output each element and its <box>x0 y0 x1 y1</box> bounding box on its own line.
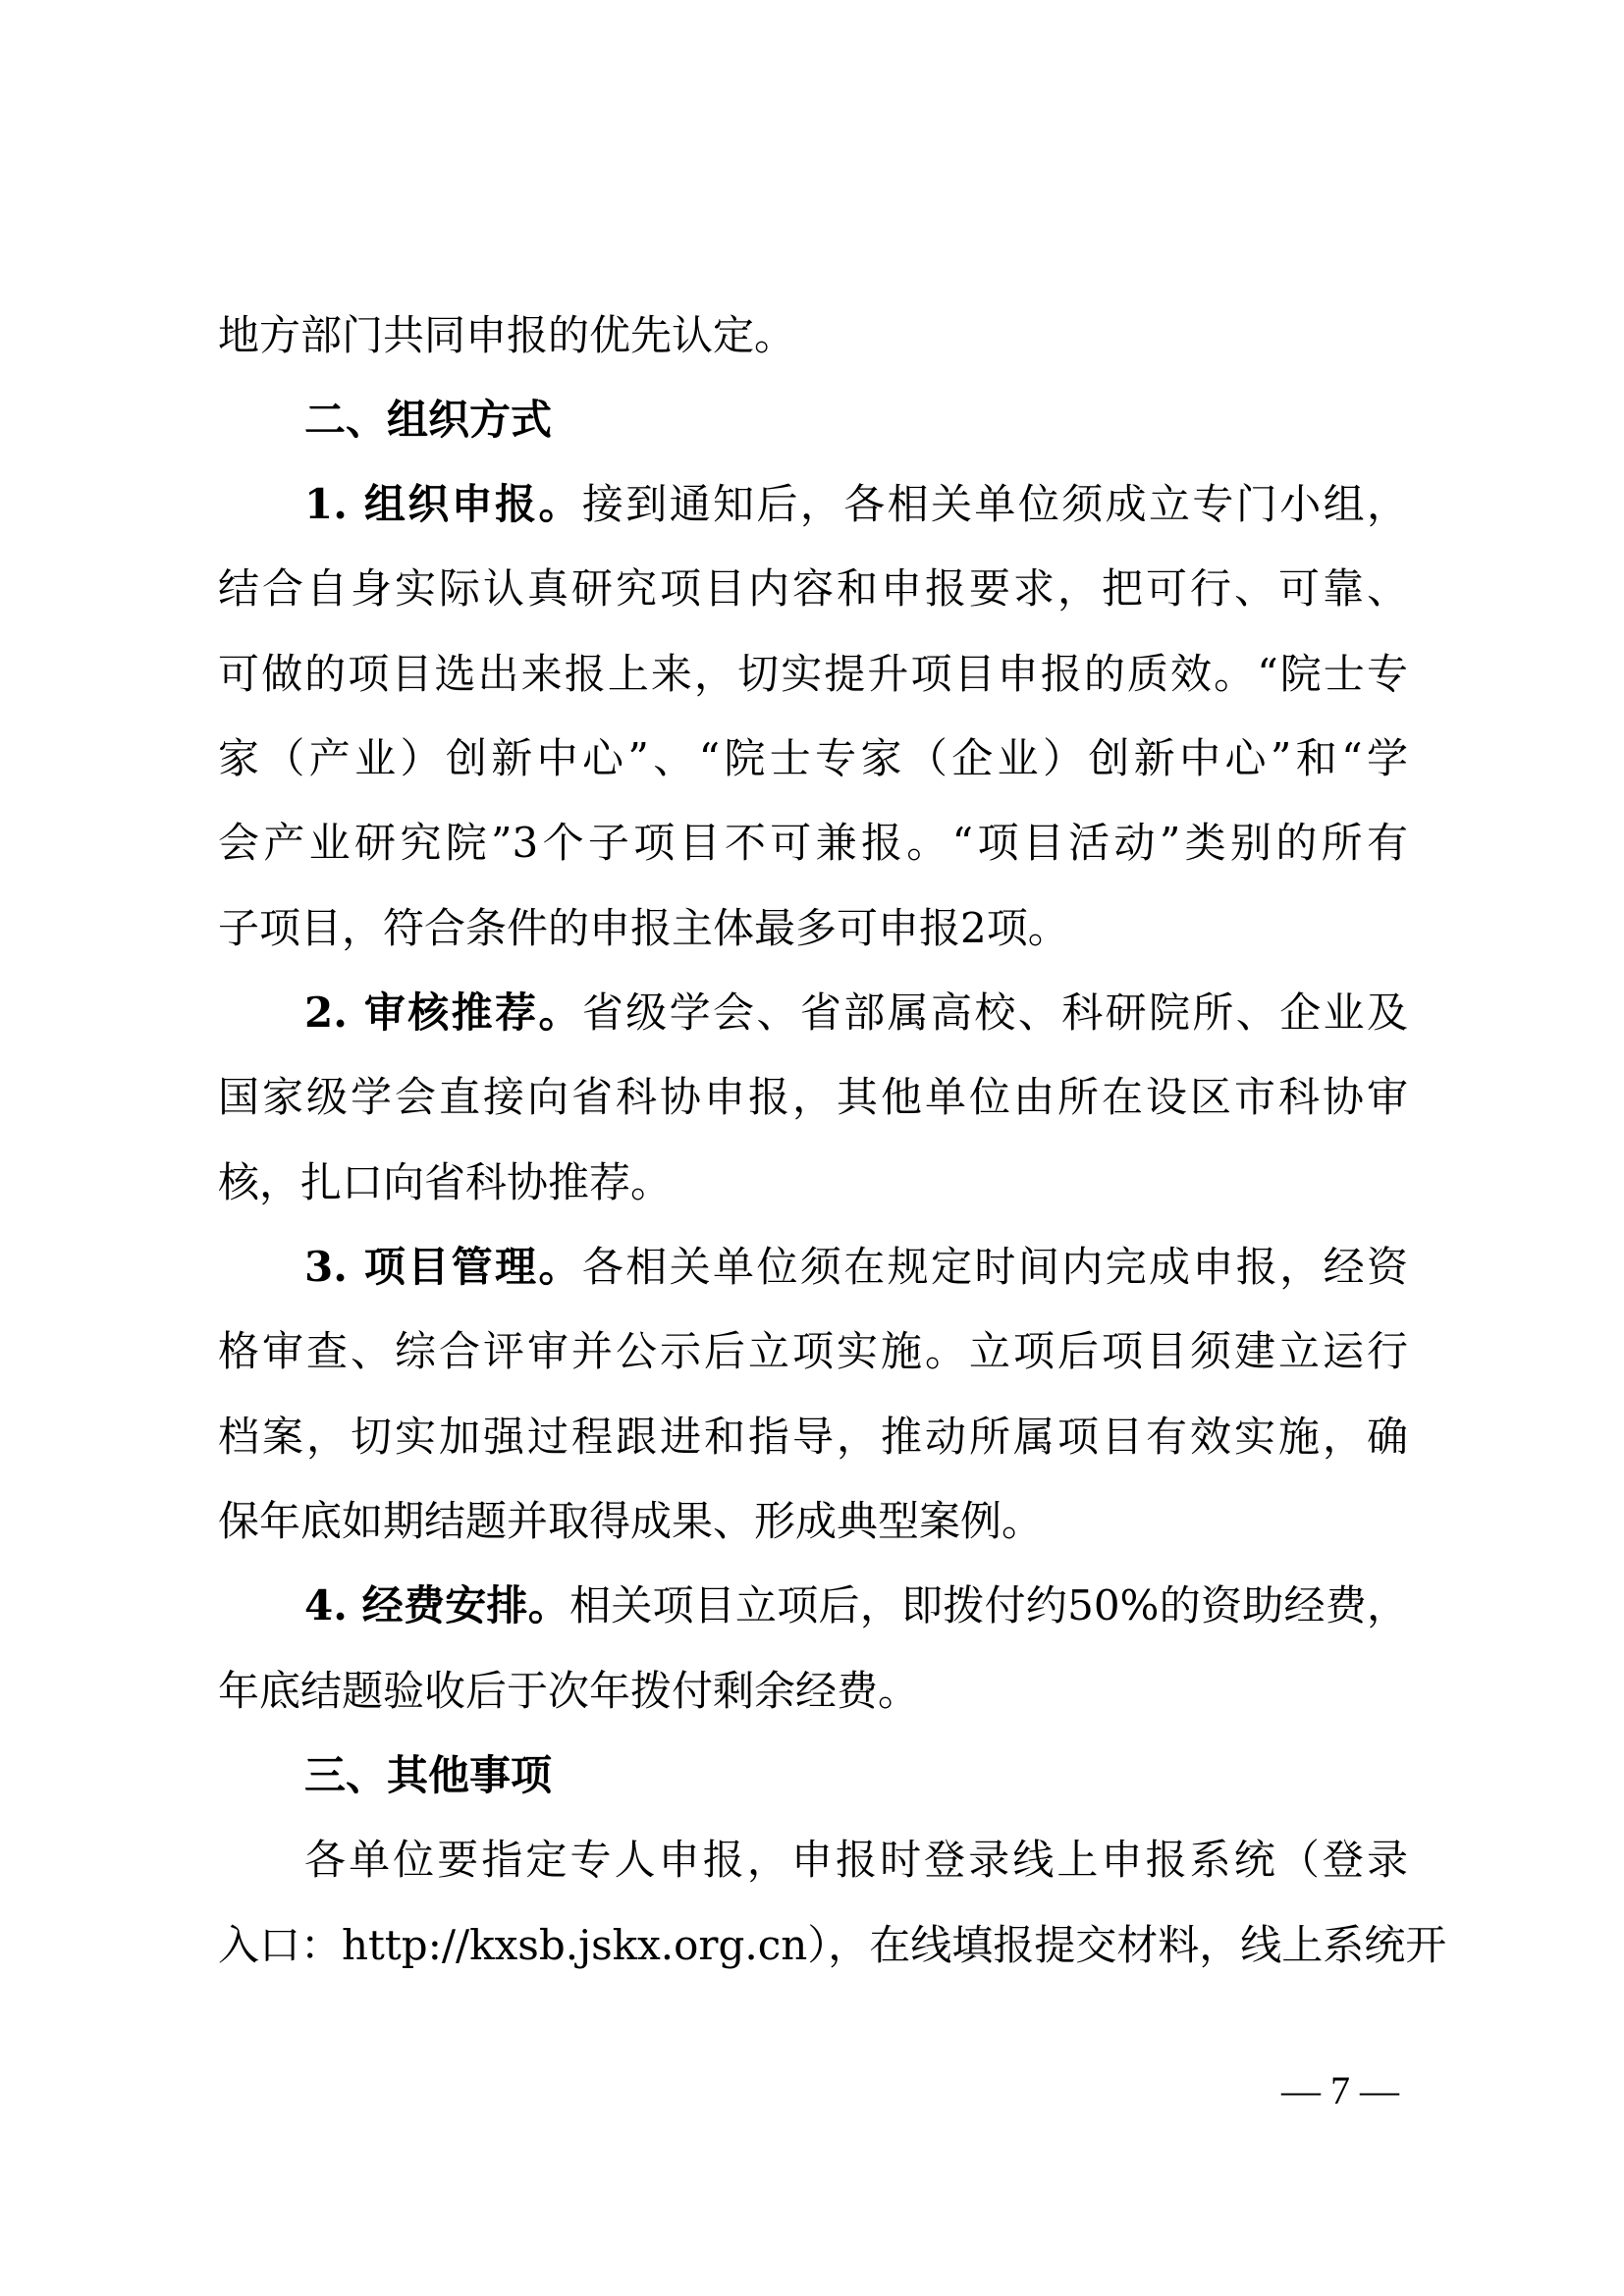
body-line: 国家级学会直接向省科协申报，其他单位由所在设区市科协审 <box>218 1068 1408 1127</box>
body-line: 年底结题验收后于次年拨付剩余经费。 <box>218 1662 1408 1721</box>
section-heading-organization: 二、组织方式 <box>304 391 1408 450</box>
body-line: 各单位要指定专人申报，申报时登录线上申报系统（登录 <box>304 1831 1408 1890</box>
item-line-funding: 4. 经费安排。相关项目立项后，即拨付约50%的资助经费， <box>304 1576 1408 1635</box>
section-heading-other-matters: 三、其他事项 <box>304 1746 1408 1805</box>
item-lead: 1. 组织申报。 <box>304 480 582 528</box>
page-number: — 7 — <box>1262 2061 1419 2120</box>
item-text: 省级学会、省部属高校、科研院所、企业及 <box>582 988 1408 1037</box>
body-line-with-url: 入口：http://kxsb.jskx.org.cn），在线填报提交材料，线上系… <box>218 1916 1408 1975</box>
body-line: 地方部门共同申报的优先认定。 <box>218 306 1408 365</box>
body-line: 可做的项目选出来报上来，切实提升项目申报的质效。“院士专 <box>218 645 1408 704</box>
body-line: 会产业研究院”3个子项目不可兼报。“项目活动”类别的所有 <box>218 814 1408 873</box>
item-lead: 4. 经费安排。 <box>304 1581 569 1629</box>
item-text: 各相关单位须在规定时间内完成申报，经资 <box>582 1243 1408 1291</box>
item-line-organize-application: 1. 组织申报。接到通知后，各相关单位须成立专门小组， <box>304 475 1408 534</box>
document-page: 地方部门共同申报的优先认定。 二、组织方式 1. 组织申报。接到通知后，各相关单… <box>0 0 1624 2296</box>
body-line: 结合自身实际认真研究项目内容和申报要求，把可行、可靠、 <box>218 560 1408 618</box>
body-line: 保年底如期结题并取得成果、形成典型案例。 <box>218 1492 1408 1551</box>
body-line: 核，扎口向省科协推荐。 <box>218 1153 1408 1212</box>
item-lead: 2. 审核推荐。 <box>304 988 582 1037</box>
item-line-review-recommend: 2. 审核推荐。省级学会、省部属高校、科研院所、企业及 <box>304 984 1408 1042</box>
item-lead: 3. 项目管理。 <box>304 1243 582 1291</box>
item-text: 接到通知后，各相关单位须成立专门小组， <box>582 480 1408 528</box>
item-line-project-management: 3. 项目管理。各相关单位须在规定时间内完成申报，经资 <box>304 1238 1408 1297</box>
body-line: 格审查、综合评审并公示后立项实施。立项后项目须建立运行 <box>218 1322 1408 1381</box>
body-line: 子项目，符合条件的申报主体最多可申报2项。 <box>218 899 1408 958</box>
body-line: 家（产业）创新中心”、“院士专家（企业）创新中心”和“学 <box>218 729 1408 788</box>
body-line: 档案，切实加强过程跟进和指导，推动所属项目有效实施，确 <box>218 1408 1408 1467</box>
item-text: 相关项目立项后，即拨付约50%的资助经费， <box>569 1581 1408 1629</box>
